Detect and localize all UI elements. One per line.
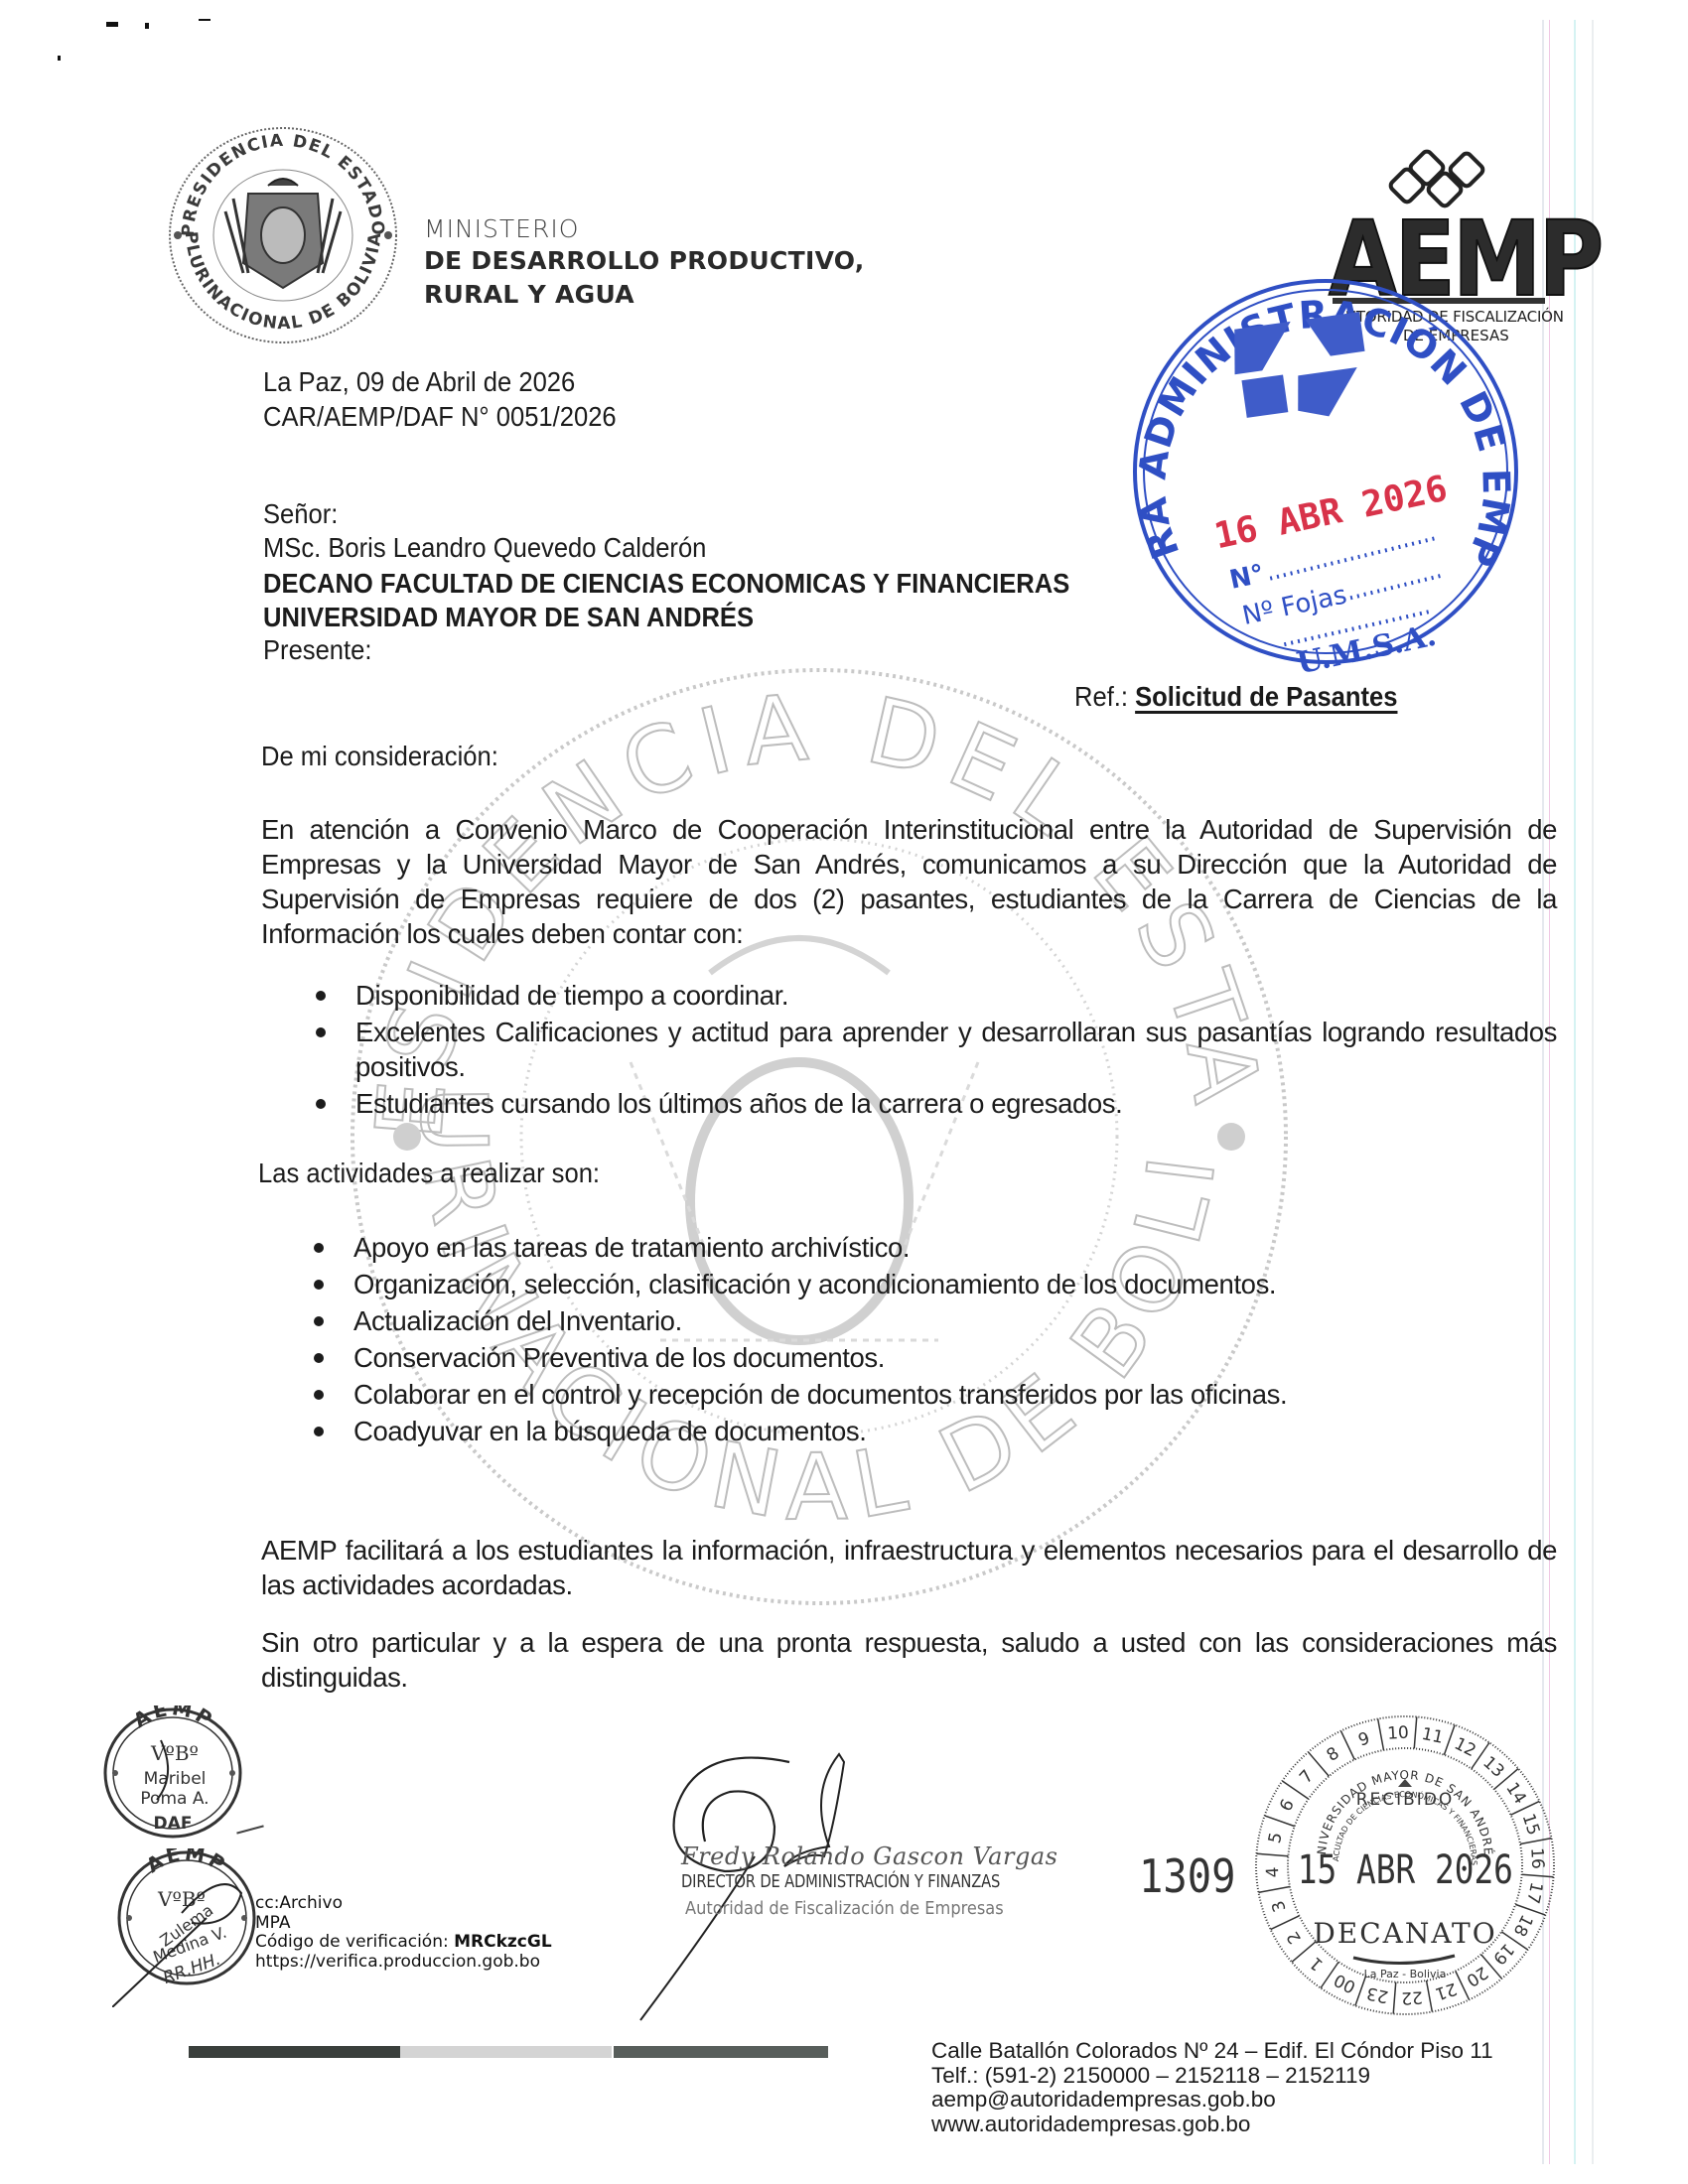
scan-speck: [106, 22, 118, 27]
list-item: Disponibilidad de tiempo a coordinar.: [316, 978, 1557, 1013]
list-item: Actualización del Inventario.: [314, 1303, 1555, 1338]
scan-speck: [199, 19, 211, 21]
svg-text:3: 3: [1268, 1898, 1290, 1914]
cc-archive: cc:Archivo: [255, 1894, 552, 1914]
svg-text:La Paz - Bolivia: La Paz - Bolivia: [1364, 1968, 1447, 1980]
svg-text:17: 17: [1522, 1880, 1546, 1905]
footer-address: Calle Batallón Colorados Nº 24 – Edif. E…: [931, 2039, 1493, 2064]
bullet-icon: [314, 1390, 324, 1400]
approval-stamp-daf: AEMP VºBº Maribel Poma A. DAF: [99, 1706, 248, 1844]
svg-text:RECIBIDO: RECIBIDO: [1356, 1790, 1455, 1810]
svg-text:16: 16: [1526, 1847, 1547, 1870]
svg-text:AEMP: AEMP: [129, 1706, 218, 1732]
svg-text:15: 15: [1518, 1812, 1544, 1839]
registry-number: 1309: [1139, 1849, 1235, 1903]
bullet-icon: [316, 1027, 326, 1037]
svg-text:7: 7: [1296, 1766, 1318, 1787]
list-item: Organización, selección, clasificación y…: [314, 1267, 1555, 1301]
svg-text:22: 22: [1401, 1986, 1424, 2007]
salutation: Señor:: [263, 496, 338, 531]
verification-line: Código de verificación: MRCkzcGL: [255, 1933, 552, 1953]
decanato-received-stamp: 123456789101112131415161718192021222300 …: [1244, 1709, 1567, 2022]
cc-initials: MPA: [255, 1914, 552, 1934]
footer-phones: Telf.: (591-2) 2150000 – 2152118 – 21521…: [931, 2064, 1493, 2089]
bullet-icon: [314, 1316, 324, 1326]
list-item: Excelentes Calificaciones y actitud para…: [316, 1015, 1557, 1084]
scanner-edge-line: [1574, 20, 1576, 2164]
bullet-icon: [314, 1353, 324, 1363]
verification-code: MRCkzcGL: [454, 1932, 552, 1952]
scan-speck: [145, 23, 149, 29]
bullet-icon: [314, 1427, 324, 1436]
svg-text:DAF: DAF: [154, 1814, 193, 1834]
recipient-institution: UNIVERSIDAD MAYOR DE SAN ANDRÉS: [263, 600, 754, 634]
svg-text:6: 6: [1276, 1796, 1299, 1815]
svg-text:15 ABR 2026: 15 ABR 2026: [1298, 1846, 1513, 1893]
signatory-organization: Autoridad de Fiscalización de Empresas: [685, 1898, 1004, 1919]
ministry-name-line2: DE DESARROLLO PRODUCTIVO,: [424, 246, 865, 275]
greeting: De mi consideración:: [261, 739, 498, 773]
presente: Presente:: [263, 632, 371, 667]
svg-text:VºBº: VºBº: [150, 1741, 199, 1765]
svg-text:DECANATO: DECANATO: [1313, 1917, 1496, 1950]
paragraph-facilities: AEMP facilitará a los estudiantes la inf…: [261, 1533, 1557, 1602]
svg-text:2: 2: [1283, 1927, 1306, 1947]
scanner-edge-line: [1592, 20, 1594, 2164]
signatory-title: DIRECTOR DE ADMINISTRACIÓN Y FINANZAS: [681, 1872, 1000, 1892]
recipient-title: DECANO FACULTAD DE CIENCIAS ECONOMICAS Y…: [263, 566, 1069, 601]
approval-stamp-rrhh: AEMP VºBº Zulema Medina V. RR.HH.: [112, 1848, 261, 2007]
footer-bar-dark: [189, 2046, 400, 2058]
bullet-icon: [314, 1280, 324, 1290]
list-item: Colaborar en el control y recepción de d…: [314, 1377, 1555, 1412]
svg-text:23: 23: [1365, 1982, 1390, 2006]
svg-text:10: 10: [1387, 1723, 1410, 1744]
presidency-seal: PRESIDENCIA DEL ESTADO PLURINACIONAL DE …: [164, 124, 402, 347]
svg-text:5: 5: [1265, 1831, 1287, 1845]
svg-text:16 ABR 2026: 16 ABR 2026: [1210, 469, 1451, 558]
list-item: Coadyuvar en la búsqueda de documentos.: [314, 1414, 1555, 1448]
activities-list: Apoyo en las tareas de tratamiento archi…: [314, 1230, 1555, 1448]
bullet-icon: [314, 1243, 324, 1253]
verification-label: Código de verificación:: [255, 1932, 449, 1952]
bullet-icon: [316, 1099, 326, 1109]
svg-text:21: 21: [1433, 1979, 1460, 2004]
svg-text:AEMP: AEMP: [142, 1848, 231, 1877]
presidency-watermark: PRESIDENCIA DEL ESTADO PLURINACIONAL DE …: [333, 645, 1306, 1628]
umsa-reception-stamp: CARRERA ADMINISTRACIÓN DE EMPRESAS 16 AB…: [1122, 258, 1529, 675]
footer-bar-light: [400, 2046, 612, 2058]
footer-website[interactable]: www.autoridadempresas.gob.bo: [931, 2113, 1493, 2137]
ref-line: Ref.: Solicitud de Pasantes: [1074, 681, 1397, 713]
paragraph-closing: Sin otro particular y a la espera de una…: [261, 1625, 1557, 1695]
ref-label: Ref.:: [1074, 681, 1128, 712]
svg-text:00: 00: [1331, 1970, 1358, 1997]
ref-subject: Solicitud de Pasantes: [1135, 681, 1397, 712]
bullet-icon: [316, 991, 326, 1001]
recipient-name: MSc. Boris Leandro Quevedo Calderón: [263, 530, 706, 565]
footer-bar-medium: [614, 2046, 828, 2058]
verification-url[interactable]: https://verifica.produccion.gob.bo: [255, 1953, 552, 1973]
signatory-name: Fredy Rolando Gascon Vargas: [681, 1843, 1057, 1870]
scan-speck: [58, 56, 61, 61]
svg-text:18: 18: [1509, 1911, 1537, 1939]
paragraph-intro: En atención a Convenio Marco de Cooperac…: [261, 812, 1557, 951]
svg-text:Maribel: Maribel: [144, 1769, 207, 1789]
svg-text:20: 20: [1463, 1962, 1491, 1990]
svg-text:1: 1: [1306, 1953, 1327, 1975]
requirements-list: Disponibilidad de tiempo a coordinar. Ex…: [316, 978, 1557, 1121]
list-item: Estudiantes cursando los últimos años de…: [316, 1086, 1557, 1121]
svg-text:11: 11: [1420, 1724, 1445, 1748]
footer-contact: Calle Batallón Colorados Nº 24 – Edif. E…: [931, 2039, 1493, 2136]
reference-code: CAR/AEMP/DAF N° 0051/2026: [263, 399, 617, 434]
place-date: La Paz, 09 de Abril de 2026: [263, 364, 575, 399]
list-item: Apoyo en las tareas de tratamiento archi…: [314, 1230, 1555, 1265]
svg-text:14: 14: [1501, 1779, 1530, 1808]
svg-text:13: 13: [1478, 1752, 1507, 1781]
ministry-name-line3: RURAL Y AGUA: [424, 280, 634, 309]
list-item: Conservación Preventiva de los documento…: [314, 1340, 1555, 1375]
svg-text:Poma A.: Poma A.: [140, 1789, 209, 1809]
svg-text:12: 12: [1451, 1734, 1478, 1762]
activities-intro: Las actividades a realizar son:: [258, 1156, 600, 1190]
svg-text:8: 8: [1324, 1743, 1343, 1766]
copies-block: cc:Archivo MPA Código de verificación: M…: [255, 1894, 552, 1972]
svg-text:9: 9: [1356, 1728, 1372, 1750]
svg-text:4: 4: [1263, 1866, 1284, 1878]
footer-email[interactable]: aemp@autoridadempresas.gob.bo: [931, 2088, 1493, 2113]
svg-text:N°: N°: [1227, 559, 1267, 596]
ministry-name-line1: MINISTERIO: [424, 214, 579, 243]
